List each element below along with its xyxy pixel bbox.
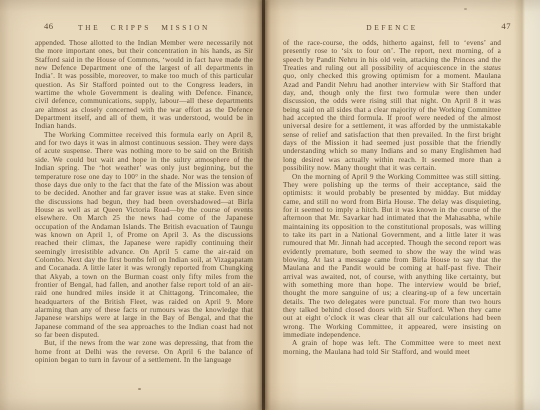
left-page: 46 THE CRIPPS MISSION appended. Those al… xyxy=(0,0,264,410)
left-page-number: 46 xyxy=(44,22,54,31)
left-running-title: THE CRIPPS MISSION xyxy=(78,23,210,32)
paragraph: On the morning of April 9 the Working Co… xyxy=(283,173,501,340)
left-page-text: appended. Those allotted to the Indian M… xyxy=(35,39,253,364)
paragraph: of the race-course, the odds, hitherto a… xyxy=(283,39,501,173)
book-spread: 46 THE CRIPPS MISSION appended. Those al… xyxy=(0,0,540,410)
right-page-text: of the race-course, the odds, hitherto a… xyxy=(283,39,501,356)
paragraph: The Working Committee received this form… xyxy=(35,131,253,340)
right-page: DEFENCE 47 of the race-course, the odds,… xyxy=(264,0,540,410)
right-page-header: DEFENCE 47 xyxy=(283,23,501,33)
paragraph: But, if the news from the war zone was d… xyxy=(35,339,253,364)
right-page-number: 47 xyxy=(501,22,511,31)
left-page-header: 46 THE CRIPPS MISSION xyxy=(35,23,253,33)
paragraph: A grain of hope was left. The Committee … xyxy=(283,339,501,356)
right-running-title: DEFENCE xyxy=(366,23,417,32)
book-spine-gutter xyxy=(262,0,265,410)
paragraph: appended. Those allotted to the Indian M… xyxy=(35,39,253,131)
